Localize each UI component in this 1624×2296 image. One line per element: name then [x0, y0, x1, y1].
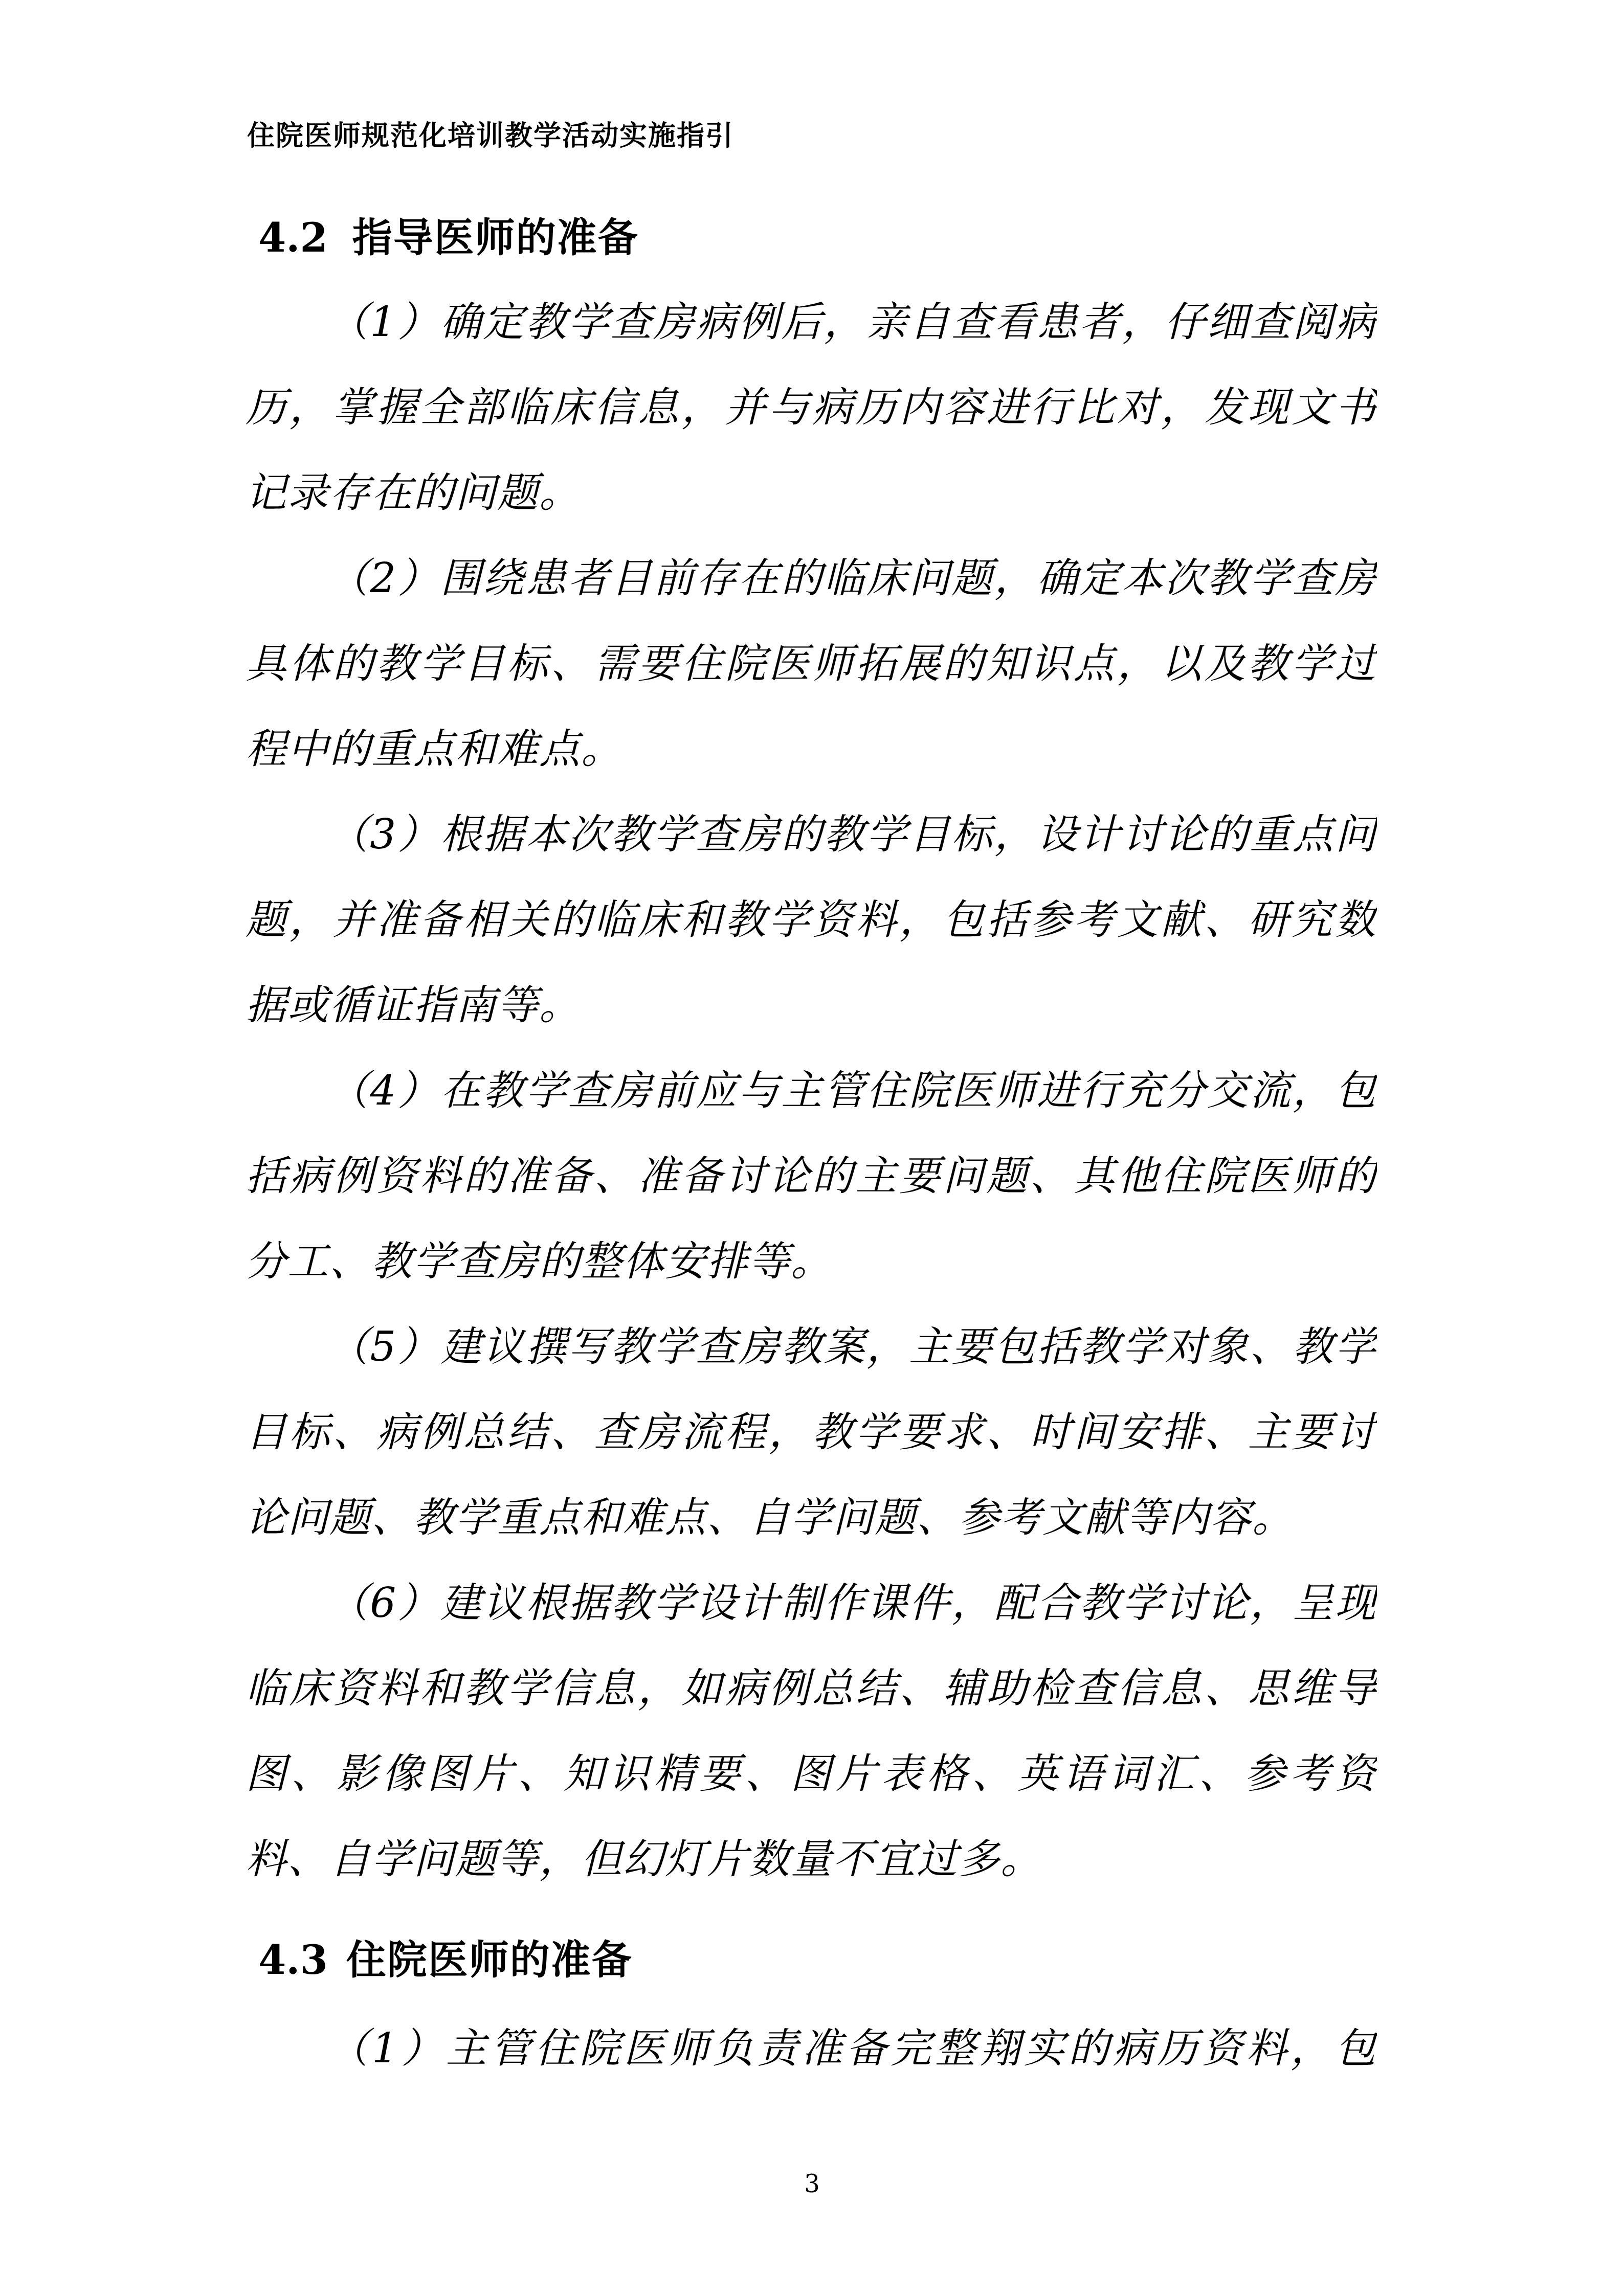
section-4-2-body: （1）确定教学查房病例后，亲自查看患者，仔细查阅病历，掌握全部临床信息，并与病历…	[246, 279, 1377, 1902]
body-paragraph-1: （1）确定教学查房病例后，亲自查看患者，仔细查阅病历，掌握全部临床信息，并与病历…	[246, 279, 1377, 535]
body-paragraph-3: （3）根据本次教学查房的教学目标，设计讨论的重点问题，并准备相关的临床和教学资料…	[246, 792, 1377, 1048]
section-title: 指导医师的准备	[352, 215, 639, 261]
section-title: 住院医师的准备	[346, 1937, 633, 1984]
section-4-3-body: （1）主管住院医师负责准备完整翔实的病历资料，包	[246, 2006, 1377, 2091]
body-paragraph-6: （6）建议根据教学设计制作课件，配合教学讨论，呈现临床资料和教学信息，如病例总结…	[246, 1560, 1377, 1902]
section-number: 4.3	[258, 1932, 328, 1989]
section-heading-4-3: 4.3住院医师的准备	[258, 1932, 633, 1989]
body-paragraph-5: （5）建议撰写教学查房教案，主要包括教学对象、教学目标、病例总结、查房流程，教学…	[246, 1304, 1377, 1560]
page-number: 3	[0, 2169, 1624, 2199]
running-header: 住院医师规范化培训教学活动实施指引	[247, 118, 734, 153]
body-paragraph-7: （1）主管住院医师负责准备完整翔实的病历资料，包	[246, 2006, 1377, 2091]
document-page: 住院医师规范化培训教学活动实施指引 4.2指导医师的准备 （1）确定教学查房病例…	[0, 0, 1624, 2296]
section-number: 4.2	[258, 210, 328, 266]
body-paragraph-2: （2）围绕患者目前存在的临床问题，确定本次教学查房具体的教学目标、需要住院医师拓…	[246, 535, 1377, 792]
body-paragraph-4: （4）在教学查房前应与主管住院医师进行充分交流，包括病例资料的准备、准备讨论的主…	[246, 1048, 1377, 1304]
section-heading-4-2: 4.2指导医师的准备	[258, 210, 639, 266]
